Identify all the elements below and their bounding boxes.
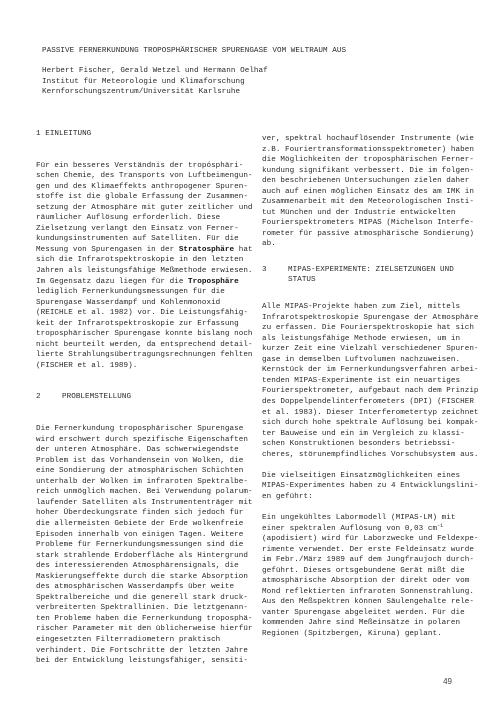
text-line: schen Chemie, des Transports von Luftbei… — [36, 171, 256, 182]
text-span: einer spektralen Auflösung von 0,03 cm — [262, 525, 437, 533]
text-line: et al. 1983). Dieser Interferometertyp z… — [262, 408, 482, 419]
text-line: lierte Strahlungsübertragungsrechnungen … — [36, 350, 256, 361]
emphasis-troposphere: Troposphäre — [188, 278, 239, 286]
section-number: 3 — [262, 265, 288, 276]
text-line: die allermeisten Gebiete der Erde wolken… — [36, 519, 256, 530]
text-line: Die Fernerkundung troposphärischer Spure… — [36, 424, 256, 435]
text-line: Kernstück der im Fernerkundungsverfahren… — [262, 365, 482, 376]
text-line: tut München und der Industrie entwickelt… — [262, 208, 482, 219]
section-1-heading: 1 EINLEITUNG — [36, 129, 256, 140]
paper-title: PASSIVE FERNERKUNDUNG TROPOSPHÄRISCHER S… — [42, 46, 346, 57]
text-line: sich durch hohe spektrale Auflösung bei … — [262, 418, 482, 429]
text-line: die Möglichkeiten der troposphärischen F… — [262, 155, 482, 166]
text-line: Jahren als leistungsfähige Meßmethode er… — [36, 266, 256, 277]
text-line: lediglich Fernerkundungsmessungen für di… — [36, 287, 256, 298]
text-line: ten Probleme haben die Fernerkundung tro… — [36, 614, 256, 625]
text-line: zu erfassen. Die Fourierspektroskopie ha… — [262, 323, 482, 334]
text-line: reich unmöglich machen. Bei Verwendung p… — [36, 487, 256, 498]
text-line: cheres, störunempfindliches Vorschubsyst… — [262, 450, 482, 461]
text-line: Die vielseitigen Einsatzmöglichkeiten ei… — [262, 471, 482, 482]
text-line: wird erschwert durch spezifische Eigensc… — [36, 435, 256, 446]
text-line: des Doppelpendelinterferometers (DPI) (F… — [262, 397, 482, 408]
text-line: MIPAS-Experimentes haben zu 4 Entwicklun… — [262, 481, 482, 492]
text-line: ter Bauweise und ein im Vergleich zu kla… — [262, 429, 482, 440]
text-line: eingesetzten Filterradiometern praktisch — [36, 635, 256, 646]
text-line: als leistungsfähige Methode erwiesen, um… — [262, 334, 482, 345]
text-line: verbreiterten Spektrallinien. Die letztg… — [36, 603, 256, 614]
text-line: Episoden innerhalb von einigen Tagen. We… — [36, 530, 256, 541]
text-line: sich die Infrarotspektroskopie in den le… — [36, 255, 256, 266]
text-line: en geführt: — [262, 492, 482, 503]
section-2-paragraph-continued: ver, spektral hochauflösender Instrument… — [262, 134, 482, 250]
text-line: auch auf einen möglichen Einsatz des am … — [262, 187, 482, 198]
text-line: Spektralbereiche und die generell stark … — [36, 593, 256, 604]
text-span: Im Gegensatz dazu liegen für die — [36, 278, 188, 286]
text-line: z.B. Fouriertransformationsspektrometer)… — [262, 145, 482, 156]
left-column: 1 EINLEITUNG Für ein besseres Verständni… — [36, 129, 256, 667]
section-title: EINLEITUNG — [45, 130, 91, 138]
text-line: bei der Entwicklung leistungsfähiger, se… — [36, 656, 256, 667]
text-line: (REICHLE et al. 1982) vor. Die Leistungs… — [36, 308, 256, 319]
section-1-paragraph: Für ein besseres Verständnis der tropósp… — [36, 161, 256, 372]
section-title-continued: STATUS — [262, 275, 482, 286]
section-2-heading: 2PROBLEMSTELLUNG — [36, 392, 256, 403]
author-institute: Institut für Meteorologie und Klimaforsc… — [42, 77, 268, 88]
section-number: 1 — [36, 130, 41, 138]
section-title: MIPAS-EXPERIMENTE: ZIELSETZUNGEN UND — [288, 266, 454, 274]
text-line: Fourierspektrometers MIPAS (Michelson In… — [262, 218, 482, 229]
section-title: PROBLEMSTELLUNG — [62, 393, 131, 401]
text-line: hoher Überdeckungsrate finden sich jedoc… — [36, 508, 256, 519]
text-line: ver, spektral hochauflösender Instrument… — [262, 134, 482, 145]
author-affiliation: Kernforschungszentrum/Universität Karlsr… — [42, 87, 268, 98]
text-line: des interessierenden Atmosphärensignals,… — [36, 561, 256, 572]
text-line: Zusammenarbeit mit dem Meteorologischen … — [262, 197, 482, 208]
text-line: ab. — [262, 239, 482, 250]
superscript-exponent: -1 — [437, 523, 443, 529]
text-line: keit der Infrarotspektroskopie zur Erfas… — [36, 319, 256, 330]
section-3-heading: 3MIPAS-EXPERIMENTE: ZIELSETZUNGEN UND — [262, 265, 482, 276]
text-line: Infrarotspektroskopie Spurengase der Atm… — [262, 313, 482, 324]
text-line: Problem ist das Vorhandensein von Wolken… — [36, 456, 256, 467]
text-line: setzung der Atmosphäre mit guter zeitlic… — [36, 203, 256, 214]
text-line: troposphärischer Spurengase konnte bisla… — [36, 329, 256, 340]
text-line: Zielsetzung verlangt den Einsatz von Fer… — [36, 224, 256, 235]
page-number: 49 — [443, 677, 452, 686]
text-line: Messung von Spurengasen in der Stratosph… — [36, 245, 256, 256]
text-span: Messung von Spurengasen in der — [36, 246, 179, 254]
text-line: eine Sondierung der atmosphärischen Schi… — [36, 466, 256, 477]
text-line: nicht beurteilt werden, da entsprechend … — [36, 340, 256, 351]
text-line: Mond reflektierten infraroten Sonnenstra… — [262, 587, 482, 598]
text-line: Spurengase Wasserdampf und Kohlenmonoxid — [36, 298, 256, 309]
author-names: Herbert Fischer, Gerald Wetzel und Herma… — [42, 66, 268, 77]
text-line: (apodisiert) wird für Laborzwecke und Fe… — [262, 534, 482, 545]
text-line: tenden MIPAS-Experimente ist ein neuarti… — [262, 376, 482, 387]
right-column: ver, spektral hochauflösender Instrument… — [262, 134, 482, 640]
text-line: Für ein besseres Verständnis der tropósp… — [36, 161, 256, 172]
text-line: Im Gegensatz dazu liegen für die Troposp… — [36, 277, 256, 288]
text-line: Probleme für Fernerkundungsmessungen sin… — [36, 540, 256, 551]
text-line: kundung signifikant verbessert. Die im f… — [262, 166, 482, 177]
text-line: gen und des Klimaeffekts anthropogener S… — [36, 182, 256, 193]
text-line: Regionen (Spitzbergen, Kiruna) geplant. — [262, 629, 482, 640]
section-3-paragraph-1: Alle MIPAS-Projekte haben zum Ziel, mitt… — [262, 302, 482, 460]
text-line: schen Konstruktionen besonders betriebss… — [262, 439, 482, 450]
text-line: einer spektralen Auflösung von 0,03 cm-1 — [262, 524, 482, 535]
section-3-paragraph-2: Die vielseitigen Einsatzmöglichkeiten ei… — [262, 471, 482, 503]
text-line: (FISCHER et al. 1989). — [36, 361, 256, 372]
text-line: Fourierspektrometer, aufgebaut nach dem … — [262, 386, 482, 397]
text-line: den beschriebenen Untersuchungen zielen … — [262, 176, 482, 187]
section-3-paragraph-3: Ein ungekühltes Labormodell (MIPAS-LM) m… — [262, 513, 482, 640]
text-line: der unteren Atmosphäre. Das schwerwiegen… — [36, 445, 256, 456]
text-line: vanter Spurengase abgeleitet werden. Für… — [262, 608, 482, 619]
text-line: des atmosphärischen Wasserdampfs über we… — [36, 582, 256, 593]
text-line: Aus den Meßspektren können Säulengehalte… — [262, 597, 482, 608]
text-line: stark strahlende Erdoberfläche als Hinte… — [36, 551, 256, 562]
text-line: unterhalb der Wolken im infraroten Spekt… — [36, 477, 256, 488]
author-block: Herbert Fischer, Gerald Wetzel und Herma… — [42, 66, 268, 98]
text-line: rischer Parameter mit den üblicherweise … — [36, 624, 256, 635]
text-line: rimente verwendet. Der erste Feldeinsatz… — [262, 545, 482, 556]
text-line: kommenden Jahre sind Meßeinsätze in pola… — [262, 618, 482, 629]
text-line: rometer für passive atmosphärische Sondi… — [262, 229, 482, 240]
emphasis-stratosphere: Stratosphäre — [179, 246, 234, 254]
text-line: im Febr./März 1989 auf dem Jungfraujoch … — [262, 555, 482, 566]
text-line: geführt. Dieses ortsgebundene Gerät mißt… — [262, 566, 482, 577]
section-number: 2 — [36, 392, 62, 403]
text-line: Alle MIPAS-Projekte haben zum Ziel, mitt… — [262, 302, 482, 313]
text-line: Maskierungseffekte durch die starke Abso… — [36, 572, 256, 583]
section-2-paragraph: Die Fernerkundung troposphärischer Spure… — [36, 424, 256, 667]
text-line: laufender Satelliten als Instrumententrä… — [36, 498, 256, 509]
text-line: gase in demselben Luftvolumen nachzuweis… — [262, 355, 482, 366]
text-line: kurzer Zeit eine Vielzahl verschiedener … — [262, 344, 482, 355]
text-line: Ein ungekühltes Labormodell (MIPAS-LM) m… — [262, 513, 482, 524]
text-line: räumlicher Auflösung erforderlich. Diese — [36, 213, 256, 224]
text-line: kundungsinstrumenten auf Satelliten. Für… — [36, 234, 256, 245]
text-line: stoffe ist die globale Erfassung der Zus… — [36, 192, 256, 203]
text-span: hat — [234, 246, 252, 254]
text-line: verhindert. Die Fortschritte der letzten… — [36, 646, 256, 657]
text-line: atmosphärische Absorption der direkt ode… — [262, 576, 482, 587]
